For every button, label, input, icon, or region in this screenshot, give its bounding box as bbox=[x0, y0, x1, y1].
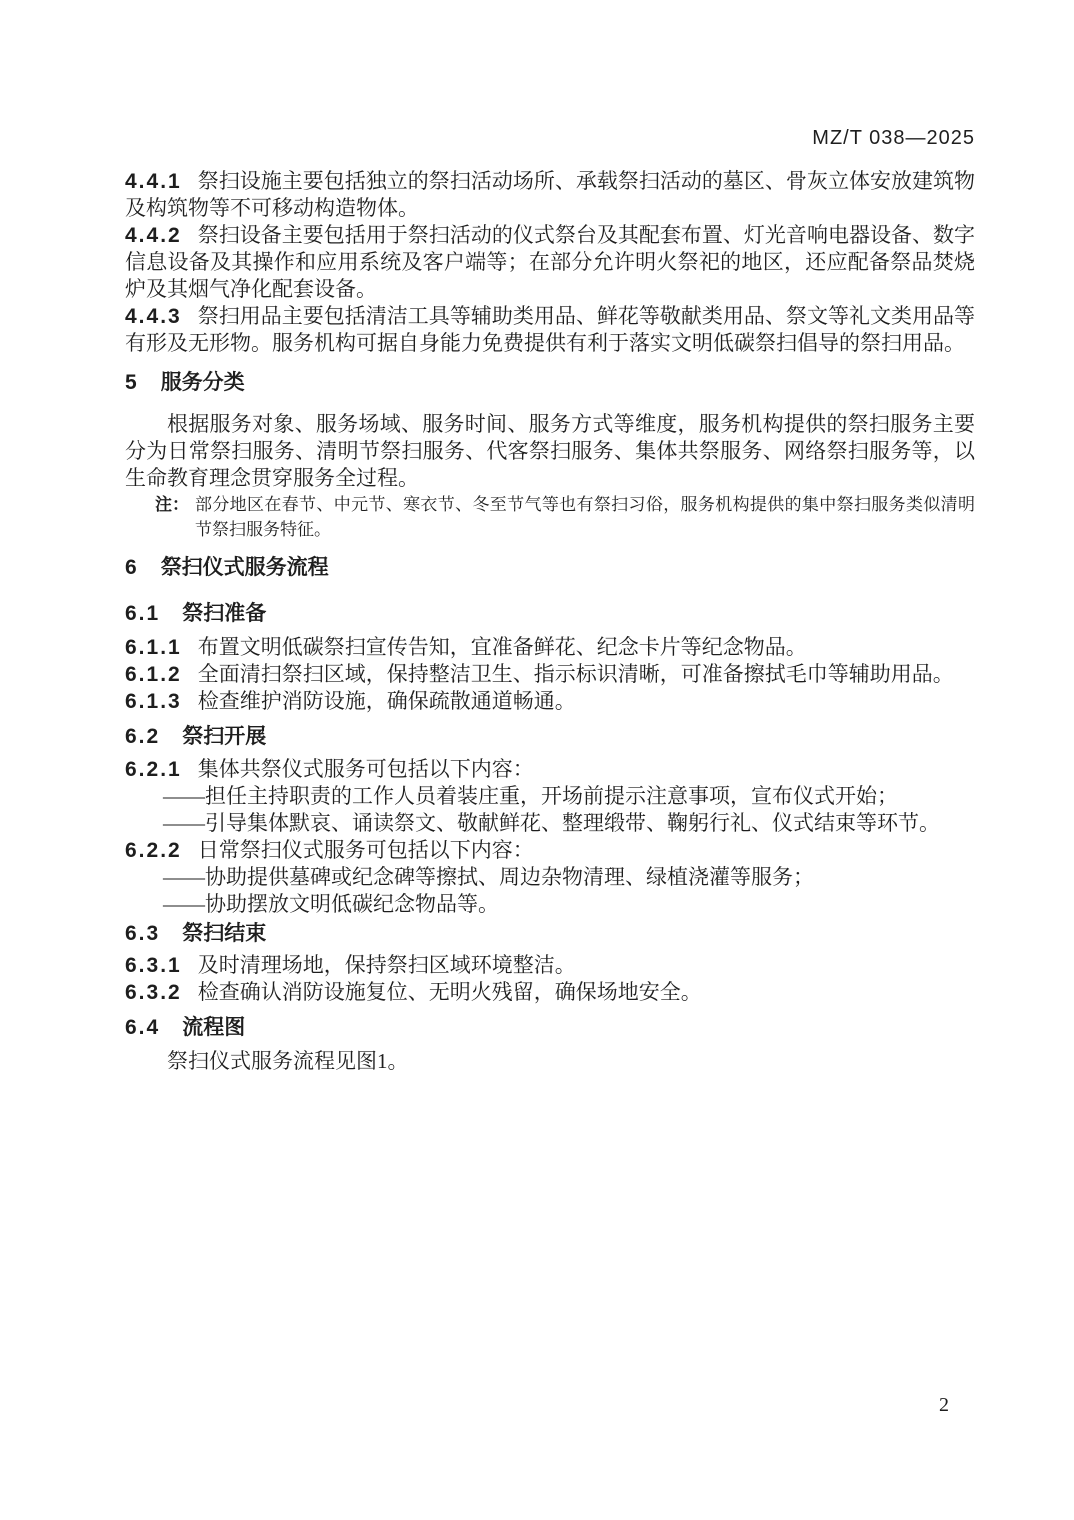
clause-6-2-2: 6.2.2日常祭扫仪式服务可包括以下内容： bbox=[125, 837, 975, 864]
clause-4-4-2-number: 4.4.2 bbox=[125, 224, 182, 247]
clause-4-4-3: 4.4.3祭扫用品主要包括清洁工具等辅助类用品、鲜花等敬献类用品、祭文等礼文类用… bbox=[125, 303, 975, 357]
section-5-number: 5 bbox=[125, 371, 139, 394]
clause-6-2-1: 6.2.1集体共祭仪式服务可包括以下内容： bbox=[125, 756, 975, 783]
section-6-heading: 6祭扫仪式服务流程 bbox=[125, 554, 975, 582]
clause-4-4-2: 4.4.2祭扫设备主要包括用于祭扫活动的仪式祭台及其配套布置、灯光音响电器设备、… bbox=[125, 222, 975, 303]
section-6-number: 6 bbox=[125, 556, 139, 579]
section-5-heading: 5服务分类 bbox=[125, 369, 975, 397]
clause-6-1-3-number: 6.1.3 bbox=[125, 690, 182, 713]
clause-6-1-1: 6.1.1布置文明低碳祭扫宣传告知，宜准备鲜花、纪念卡片等纪念物品。 bbox=[125, 634, 975, 661]
clause-4-4-2-text: 祭扫设备主要包括用于祭扫活动的仪式祭台及其配套布置、灯光音响电器设备、数字信息设… bbox=[125, 223, 975, 301]
section-6-2-heading: 6.2祭扫开展 bbox=[125, 723, 975, 751]
section-6-3-heading: 6.3祭扫结束 bbox=[125, 920, 975, 948]
note-text: 部分地区在春节、中元节、寒衣节、冬至节气等也有祭扫习俗，服务机构提供的集中祭扫服… bbox=[195, 492, 975, 542]
section-6-2-title: 祭扫开展 bbox=[182, 725, 266, 748]
list-item-6-2-2-a: ——协助提供墓碑或纪念碑等擦拭、周边杂物清理、绿植浇灌等服务； bbox=[125, 864, 975, 891]
clause-6-2-2-text: 日常祭扫仪式服务可包括以下内容： bbox=[198, 838, 534, 862]
clause-4-4-1-number: 4.4.1 bbox=[125, 170, 182, 193]
section-5-title: 服务分类 bbox=[161, 371, 245, 394]
section-5-paragraph: 根据服务对象、服务场域、服务时间、服务方式等维度，服务机构提供的祭扫服务主要分为… bbox=[125, 411, 975, 492]
document-content: MZ/T 038—2025 4.4.1祭扫设施主要包括独立的祭扫活动场所、承载祭… bbox=[125, 126, 975, 1075]
clause-4-4-3-text: 祭扫用品主要包括清洁工具等辅助类用品、鲜花等敬献类用品、祭文等礼文类用品等有形及… bbox=[125, 304, 975, 355]
clause-4-4-3-number: 4.4.3 bbox=[125, 305, 182, 328]
clause-6-3-1-text: 及时清理场地，保持祭扫区域环境整洁。 bbox=[198, 953, 576, 977]
list-item-6-2-1-b: ——引导集体默哀、诵读祭文、敬献鲜花、整理缎带、鞠躬行礼、仪式结束等环节。 bbox=[125, 810, 975, 837]
clause-6-2-2-number: 6.2.2 bbox=[125, 839, 182, 862]
note-label: 注： bbox=[155, 492, 189, 517]
clause-6-2-1-text: 集体共祭仪式服务可包括以下内容： bbox=[198, 757, 534, 781]
clause-4-4-1-text: 祭扫设施主要包括独立的祭扫活动场所、承载祭扫活动的墓区、骨灰立体安放建筑物及构筑… bbox=[125, 169, 975, 220]
section-6-4-number: 6.4 bbox=[125, 1016, 160, 1039]
section-6-1-number: 6.1 bbox=[125, 602, 160, 625]
section-5-note: 注： 部分地区在春节、中元节、寒衣节、冬至节气等也有祭扫习俗，服务机构提供的集中… bbox=[125, 492, 975, 542]
clause-6-1-2-text: 全面清扫祭扫区域，保持整洁卫生、指示标识清晰，可准备擦拭毛巾等辅助用品。 bbox=[198, 662, 954, 686]
section-6-title: 祭扫仪式服务流程 bbox=[161, 556, 329, 579]
clause-6-1-2: 6.1.2全面清扫祭扫区域，保持整洁卫生、指示标识清晰，可准备擦拭毛巾等辅助用品… bbox=[125, 661, 975, 688]
clause-6-1-2-number: 6.1.2 bbox=[125, 663, 182, 686]
list-item-6-2-1-a: ——担任主持职责的工作人员着装庄重，开场前提示注意事项，宣布仪式开始； bbox=[125, 783, 975, 810]
section-6-1-heading: 6.1祭扫准备 bbox=[125, 600, 975, 628]
section-6-1-title: 祭扫准备 bbox=[182, 602, 266, 625]
clause-6-3-2-text: 检查确认消防设施复位、无明火残留，确保场地安全。 bbox=[198, 980, 702, 1004]
clause-6-3-2: 6.3.2检查确认消防设施复位、无明火残留，确保场地安全。 bbox=[125, 979, 975, 1006]
clause-6-3-1-number: 6.3.1 bbox=[125, 954, 182, 977]
clause-6-3-1: 6.3.1及时清理场地，保持祭扫区域环境整洁。 bbox=[125, 952, 975, 979]
clause-6-1-1-number: 6.1.1 bbox=[125, 636, 182, 659]
section-6-4-title: 流程图 bbox=[182, 1016, 245, 1039]
clause-6-1-3: 6.1.3检查维护消防设施，确保疏散通道畅通。 bbox=[125, 688, 975, 715]
doc-code: MZ/T 038—2025 bbox=[125, 126, 975, 150]
list-item-6-2-2-b: ——协助摆放文明低碳纪念物品等。 bbox=[125, 891, 975, 918]
section-6-3-title: 祭扫结束 bbox=[182, 922, 266, 945]
document-page: MZ/T 038—2025 4.4.1祭扫设施主要包括独立的祭扫活动场所、承载祭… bbox=[0, 0, 1074, 1520]
clause-6-2-1-number: 6.2.1 bbox=[125, 758, 182, 781]
clause-6-1-1-text: 布置文明低碳祭扫宣传告知，宜准备鲜花、纪念卡片等纪念物品。 bbox=[198, 635, 807, 659]
section-6-2-number: 6.2 bbox=[125, 725, 160, 748]
page-number: 2 bbox=[928, 1394, 960, 1417]
section-6-3-number: 6.3 bbox=[125, 922, 160, 945]
clause-6-3-2-number: 6.3.2 bbox=[125, 981, 182, 1004]
clause-6-1-3-text: 检查维护消防设施，确保疏散通道畅通。 bbox=[198, 689, 576, 713]
section-6-4-paragraph: 祭扫仪式服务流程见图1。 bbox=[125, 1048, 975, 1075]
clause-4-4-1: 4.4.1祭扫设施主要包括独立的祭扫活动场所、承载祭扫活动的墓区、骨灰立体安放建… bbox=[125, 168, 975, 222]
section-6-4-heading: 6.4流程图 bbox=[125, 1014, 975, 1042]
